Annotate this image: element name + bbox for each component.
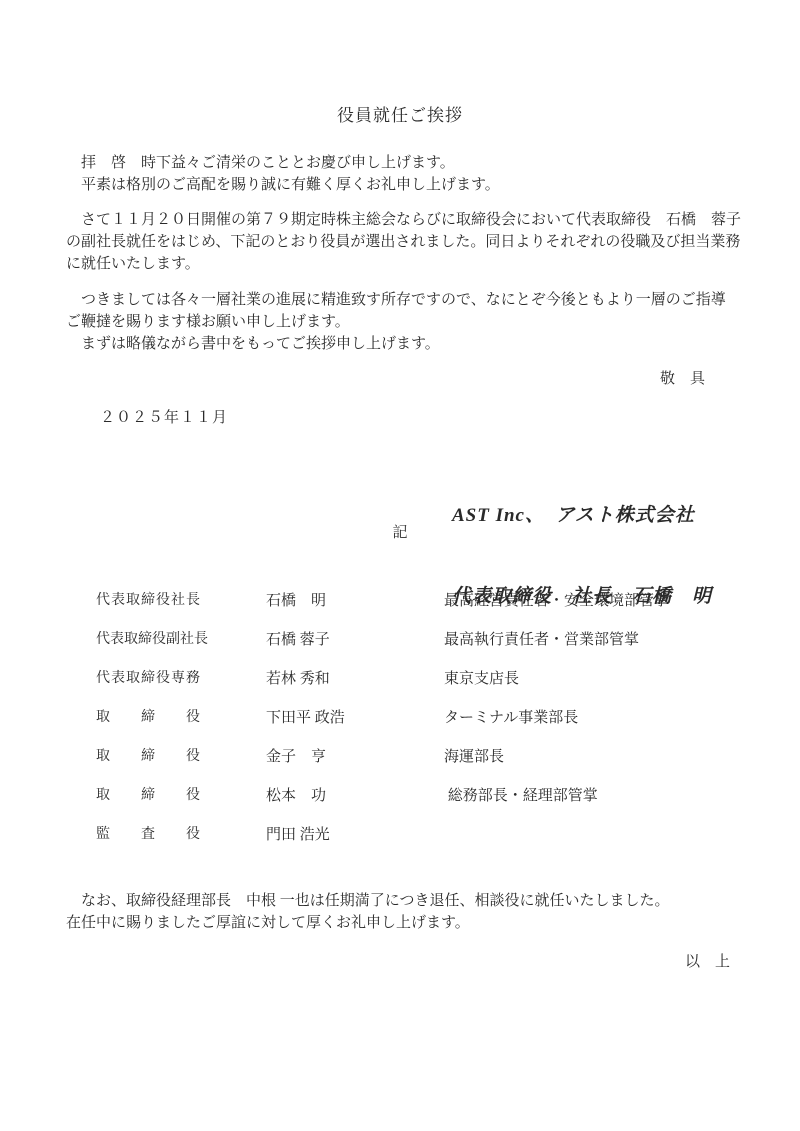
announcement-paragraph: さて１１月２０日開催の第７９期定時株主総会ならびに取締役会において代表取締役 石… xyxy=(66,209,742,275)
document-title: 役員就任ご挨拶 xyxy=(0,101,800,126)
officers-list: 代表取締役社長 石橋 明 最高経営責任者・安全環境部管掌 代表取締役副社長 石橋… xyxy=(96,590,760,863)
officer-row: 監 査 役 門田 浩光 xyxy=(96,824,760,846)
officer-name: 石橋 蓉子 xyxy=(266,629,444,651)
officer-duty: ターミナル事業部長 xyxy=(444,707,760,729)
officer-name: 松本 功 xyxy=(266,785,444,807)
document-page: 役員就任ご挨拶 拝 啓 時下益々ご清栄のこととお慶び申し上げます。 平素は格別の… xyxy=(0,0,800,1131)
officer-name: 下田平 政浩 xyxy=(266,707,444,729)
officer-name: 若林 秀和 xyxy=(266,668,444,690)
retirement-note-paragraph: なお、取締役経理部長 中根 一也は任期満了につき退任、相談役に就任いたしました。… xyxy=(66,890,742,934)
record-marker: 記 xyxy=(0,521,800,542)
officer-name: 門田 浩光 xyxy=(266,824,444,846)
document-date: ２０２５年１１月 xyxy=(100,406,228,427)
request-paragraph: つきましては各々一層社業の進展に精進致す所存ですので、なにとぞ今後ともより一層の… xyxy=(66,289,742,355)
officer-duty: 最高経営責任者・安全環境部管掌 xyxy=(444,590,760,612)
officer-row: 取 締 役 下田平 政浩 ターミナル事業部長 xyxy=(96,707,760,729)
officer-row: 代表取締役副社長 石橋 蓉子 最高執行責任者・営業部管掌 xyxy=(96,629,760,651)
officer-position: 取 締 役 xyxy=(96,707,200,729)
officer-row: 代表取締役専務 若林 秀和 東京支店長 xyxy=(96,668,760,690)
officer-duty: 最高執行責任者・営業部管掌 xyxy=(444,629,760,651)
end-marker: 以 上 xyxy=(0,950,800,971)
officer-duty: 総務部長・経理部管掌 xyxy=(444,785,760,807)
officer-position: 取 締 役 xyxy=(96,785,200,807)
officer-position: 代表取締役専務 xyxy=(96,668,200,690)
greeting-paragraph: 拝 啓 時下益々ご清栄のこととお慶び申し上げます。 平素は格別のご高配を賜り誠に… xyxy=(66,152,742,196)
closing-word: 敬 具 xyxy=(0,367,800,388)
officer-position: 取 締 役 xyxy=(96,746,200,768)
officer-position: 代表取締役社長 xyxy=(96,590,200,612)
officer-name: 石橋 明 xyxy=(266,590,444,612)
officer-duty: 東京支店長 xyxy=(444,668,760,690)
officer-row: 代表取締役社長 石橋 明 最高経営責任者・安全環境部管掌 xyxy=(96,590,760,612)
officer-position: 監 査 役 xyxy=(96,824,200,846)
officer-row: 取 締 役 松本 功 総務部長・経理部管掌 xyxy=(96,785,760,807)
officer-row: 取 締 役 金子 亨 海運部長 xyxy=(96,746,760,768)
officer-duty: 海運部長 xyxy=(444,746,760,768)
officer-position: 代表取締役副社長 xyxy=(96,629,200,651)
officer-name: 金子 亨 xyxy=(266,746,444,768)
